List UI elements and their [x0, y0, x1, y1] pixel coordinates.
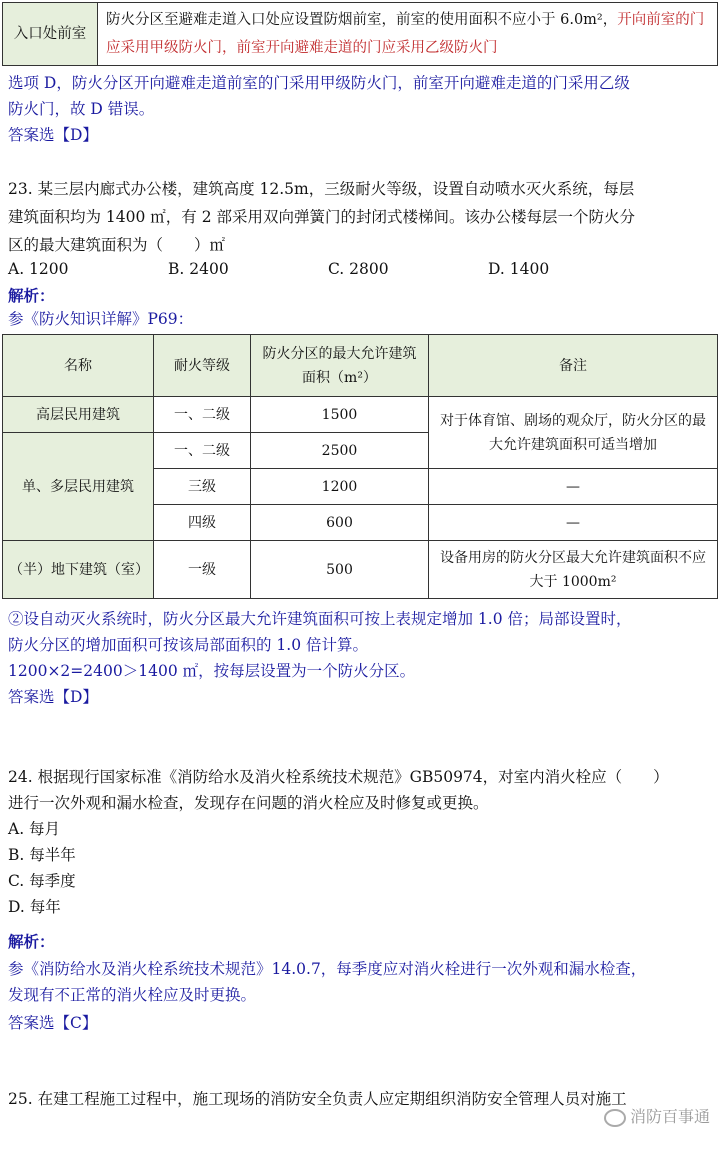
cell-name: 单、多层民用建筑	[3, 433, 154, 541]
header-note: 备注	[429, 335, 718, 397]
q23-note-line2: 防火分区的增加面积可按该局部面积的 1.0 倍计算。	[8, 634, 368, 657]
top-table: 入口处前室 防火分区至避难走道入口处应设置防烟前室，前室的使用面积不应小于 6.…	[2, 2, 718, 66]
cell-area: 600	[251, 505, 429, 541]
q23-option-c: C. 2800	[328, 258, 389, 281]
q24-line1: 24. 根据现行国家标准《消防给水及消火栓系统技术规范》GB50974，对室内消…	[8, 766, 669, 789]
cell-name: 高层民用建筑	[3, 397, 154, 433]
q24-analysis-label: 解析：	[8, 930, 55, 953]
cell-grade: 一、二级	[154, 397, 251, 433]
q23-reference: 参《防火知识详解》P69：	[8, 308, 193, 331]
table-header-row: 名称 耐火等级 防火分区的最大允许建筑面积（m²） 备注	[3, 335, 718, 397]
wechat-icon	[604, 1109, 626, 1127]
cell-area: 500	[251, 541, 429, 599]
top-table-content: 防火分区至避难走道入口处应设置防烟前室，前室的使用面积不应小于 6.0m²，开向…	[98, 3, 718, 66]
q23-calc: 1200×2=2400＞1400 ㎡，按每层设置为一个防火分区。	[8, 660, 415, 683]
top-table-text: 防火分区至避难走道入口处应设置防烟前室，前室的使用面积不应小于 6.0m²，	[106, 12, 617, 28]
q24-analysis-line2: 发现有不正常的消火栓应及时更换。	[8, 984, 256, 1007]
fire-compartment-table: 名称 耐火等级 防火分区的最大允许建筑面积（m²） 备注 高层民用建筑 一、二级…	[2, 334, 718, 599]
cell-name: （半）地下建筑（室）	[3, 541, 154, 599]
q24-answer: 答案选【C】	[8, 1012, 97, 1035]
watermark-text: 消防百事通	[630, 1107, 710, 1126]
q23-analysis-label: 解析：	[8, 284, 55, 307]
q25-line1: 25. 在建工程施工过程中，施工现场的消防安全负责人应定期组织消防安全管理人员对…	[8, 1088, 627, 1111]
header-name: 名称	[3, 335, 154, 397]
q24-analysis-line1: 参《消防给水及消火栓系统技术规范》14.0.7，每季度应对消火栓进行一次外观和漏…	[8, 958, 646, 981]
cell-note: —	[429, 505, 718, 541]
q24-option-d: D. 每年	[8, 896, 61, 919]
q23-line3: 区的最大建筑面积为（ ）㎡	[8, 234, 225, 257]
q23-option-a: A. 1200	[8, 258, 69, 281]
top-table-label: 入口处前室	[3, 3, 98, 66]
q24-option-b: B. 每半年	[8, 844, 76, 867]
cell-note: 对于体育馆、剧场的观众厅，防火分区的最大允许建筑面积可适当增加	[429, 397, 718, 469]
q22-analysis-line1: 选项 D，防火分区开向避难走道前室的门采用甲级防火门，前室开向避难走道的门采用乙…	[8, 72, 630, 95]
cell-area: 2500	[251, 433, 429, 469]
cell-grade: 一、二级	[154, 433, 251, 469]
cell-grade: 一级	[154, 541, 251, 599]
watermark: 消防百事通	[604, 1104, 710, 1127]
header-grade: 耐火等级	[154, 335, 251, 397]
q23-option-d: D. 1400	[488, 258, 549, 281]
cell-note: 设备用房的防火分区最大允许建筑面积不应大于 1000m²	[429, 541, 718, 599]
table-row: （半）地下建筑（室） 一级 500 设备用房的防火分区最大允许建筑面积不应大于 …	[3, 541, 718, 599]
q23-option-b: B. 2400	[168, 258, 229, 281]
q24-option-a: A. 每月	[8, 818, 60, 841]
cell-area: 1500	[251, 397, 429, 433]
header-area: 防火分区的最大允许建筑面积（m²）	[251, 335, 429, 397]
q24-option-c: C. 每季度	[8, 870, 76, 893]
q22-answer: 答案选【D】	[8, 124, 98, 147]
cell-note: —	[429, 469, 718, 505]
cell-area: 1200	[251, 469, 429, 505]
q24-line2: 进行一次外观和漏水检查，发现存在问题的消火栓应及时修复或更换。	[8, 792, 489, 815]
q23-line1: 23. 某三层内廊式办公楼，建筑高度 12.5m，三级耐火等级，设置自动喷水灭火…	[8, 178, 634, 201]
cell-grade: 三级	[154, 469, 251, 505]
q22-analysis-line2: 防火门，故 D 错误。	[8, 98, 154, 121]
table-row: 高层民用建筑 一、二级 1500 对于体育馆、剧场的观众厅，防火分区的最大允许建…	[3, 397, 718, 433]
cell-grade: 四级	[154, 505, 251, 541]
q23-answer: 答案选【D】	[8, 686, 98, 709]
q23-line2: 建筑面积均为 1400 ㎡，有 2 部采用双向弹簧门的封闭式楼梯间。该办公楼每层…	[8, 206, 635, 229]
q23-note-line1: ②设自动灭火系统时，防火分区最大允许建筑面积可按上表规定增加 1.0 倍；局部设…	[8, 608, 632, 631]
